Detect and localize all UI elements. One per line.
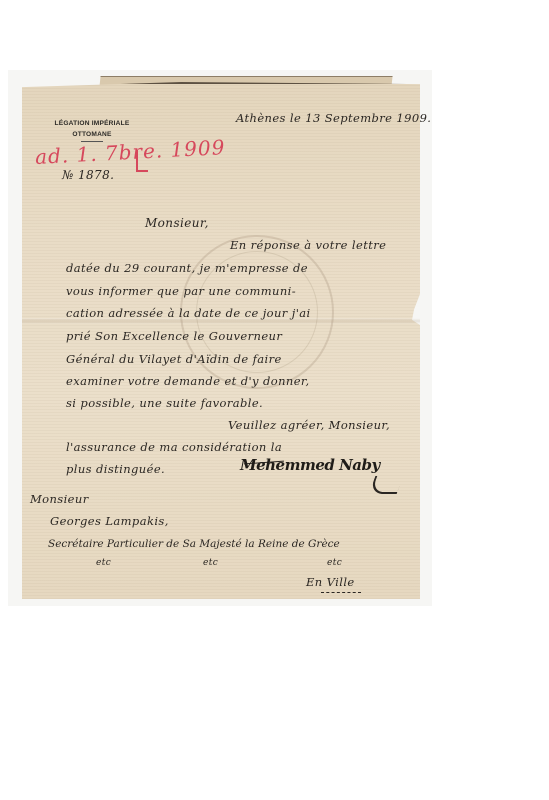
body-line: examiner votre demande et d'y donner, — [66, 374, 310, 388]
addressee-salutation: Monsieur — [30, 492, 89, 506]
place-date: Athènes le 13 Septembre 1909. — [236, 111, 431, 125]
body-line: prié Son Excellence le Gouverneur — [66, 329, 282, 343]
body-line: vous informer que par une communi- — [66, 284, 296, 298]
addressee-etc-2: etc — [203, 558, 218, 568]
registry-bracket-mark — [136, 150, 148, 172]
body-line: En réponse à votre lettre — [230, 238, 386, 252]
location-underline — [321, 592, 361, 593]
body-line: Veuillez agréer, Monsieur, — [228, 418, 390, 432]
reference-number: № 1878. — [62, 168, 114, 182]
addressee-etc-3: etc — [327, 558, 342, 568]
addressee-etc-1: etc — [96, 558, 111, 568]
addressee-title: Secrétaire Particulier de Sa Majesté la … — [48, 538, 340, 550]
salutation: Monsieur, — [145, 216, 209, 230]
body-line: l'assurance de ma considération la — [66, 440, 282, 454]
body-line: si possible, une suite favorable. — [66, 396, 263, 410]
addressee-name: Georges Lampakis, — [50, 514, 169, 528]
signature: Mehemmed Naby — [240, 456, 380, 474]
letterhead-line-1: LÉGATION IMPÉRIALE — [42, 118, 142, 129]
body-line: datée du 29 courant, je m'empresse de — [66, 261, 308, 275]
body-line: cation adressée à la date de ce jour j'a… — [66, 306, 311, 320]
letterhead-line-2: OTTOMANE — [42, 129, 142, 140]
letterhead: LÉGATION IMPÉRIALE OTTOMANE — [42, 118, 142, 142]
addressee-location: En Ville — [306, 575, 355, 589]
body-line: plus distinguée. — [66, 462, 165, 476]
body-line: Général du Vilayet d'Aïdin de faire — [66, 352, 282, 366]
